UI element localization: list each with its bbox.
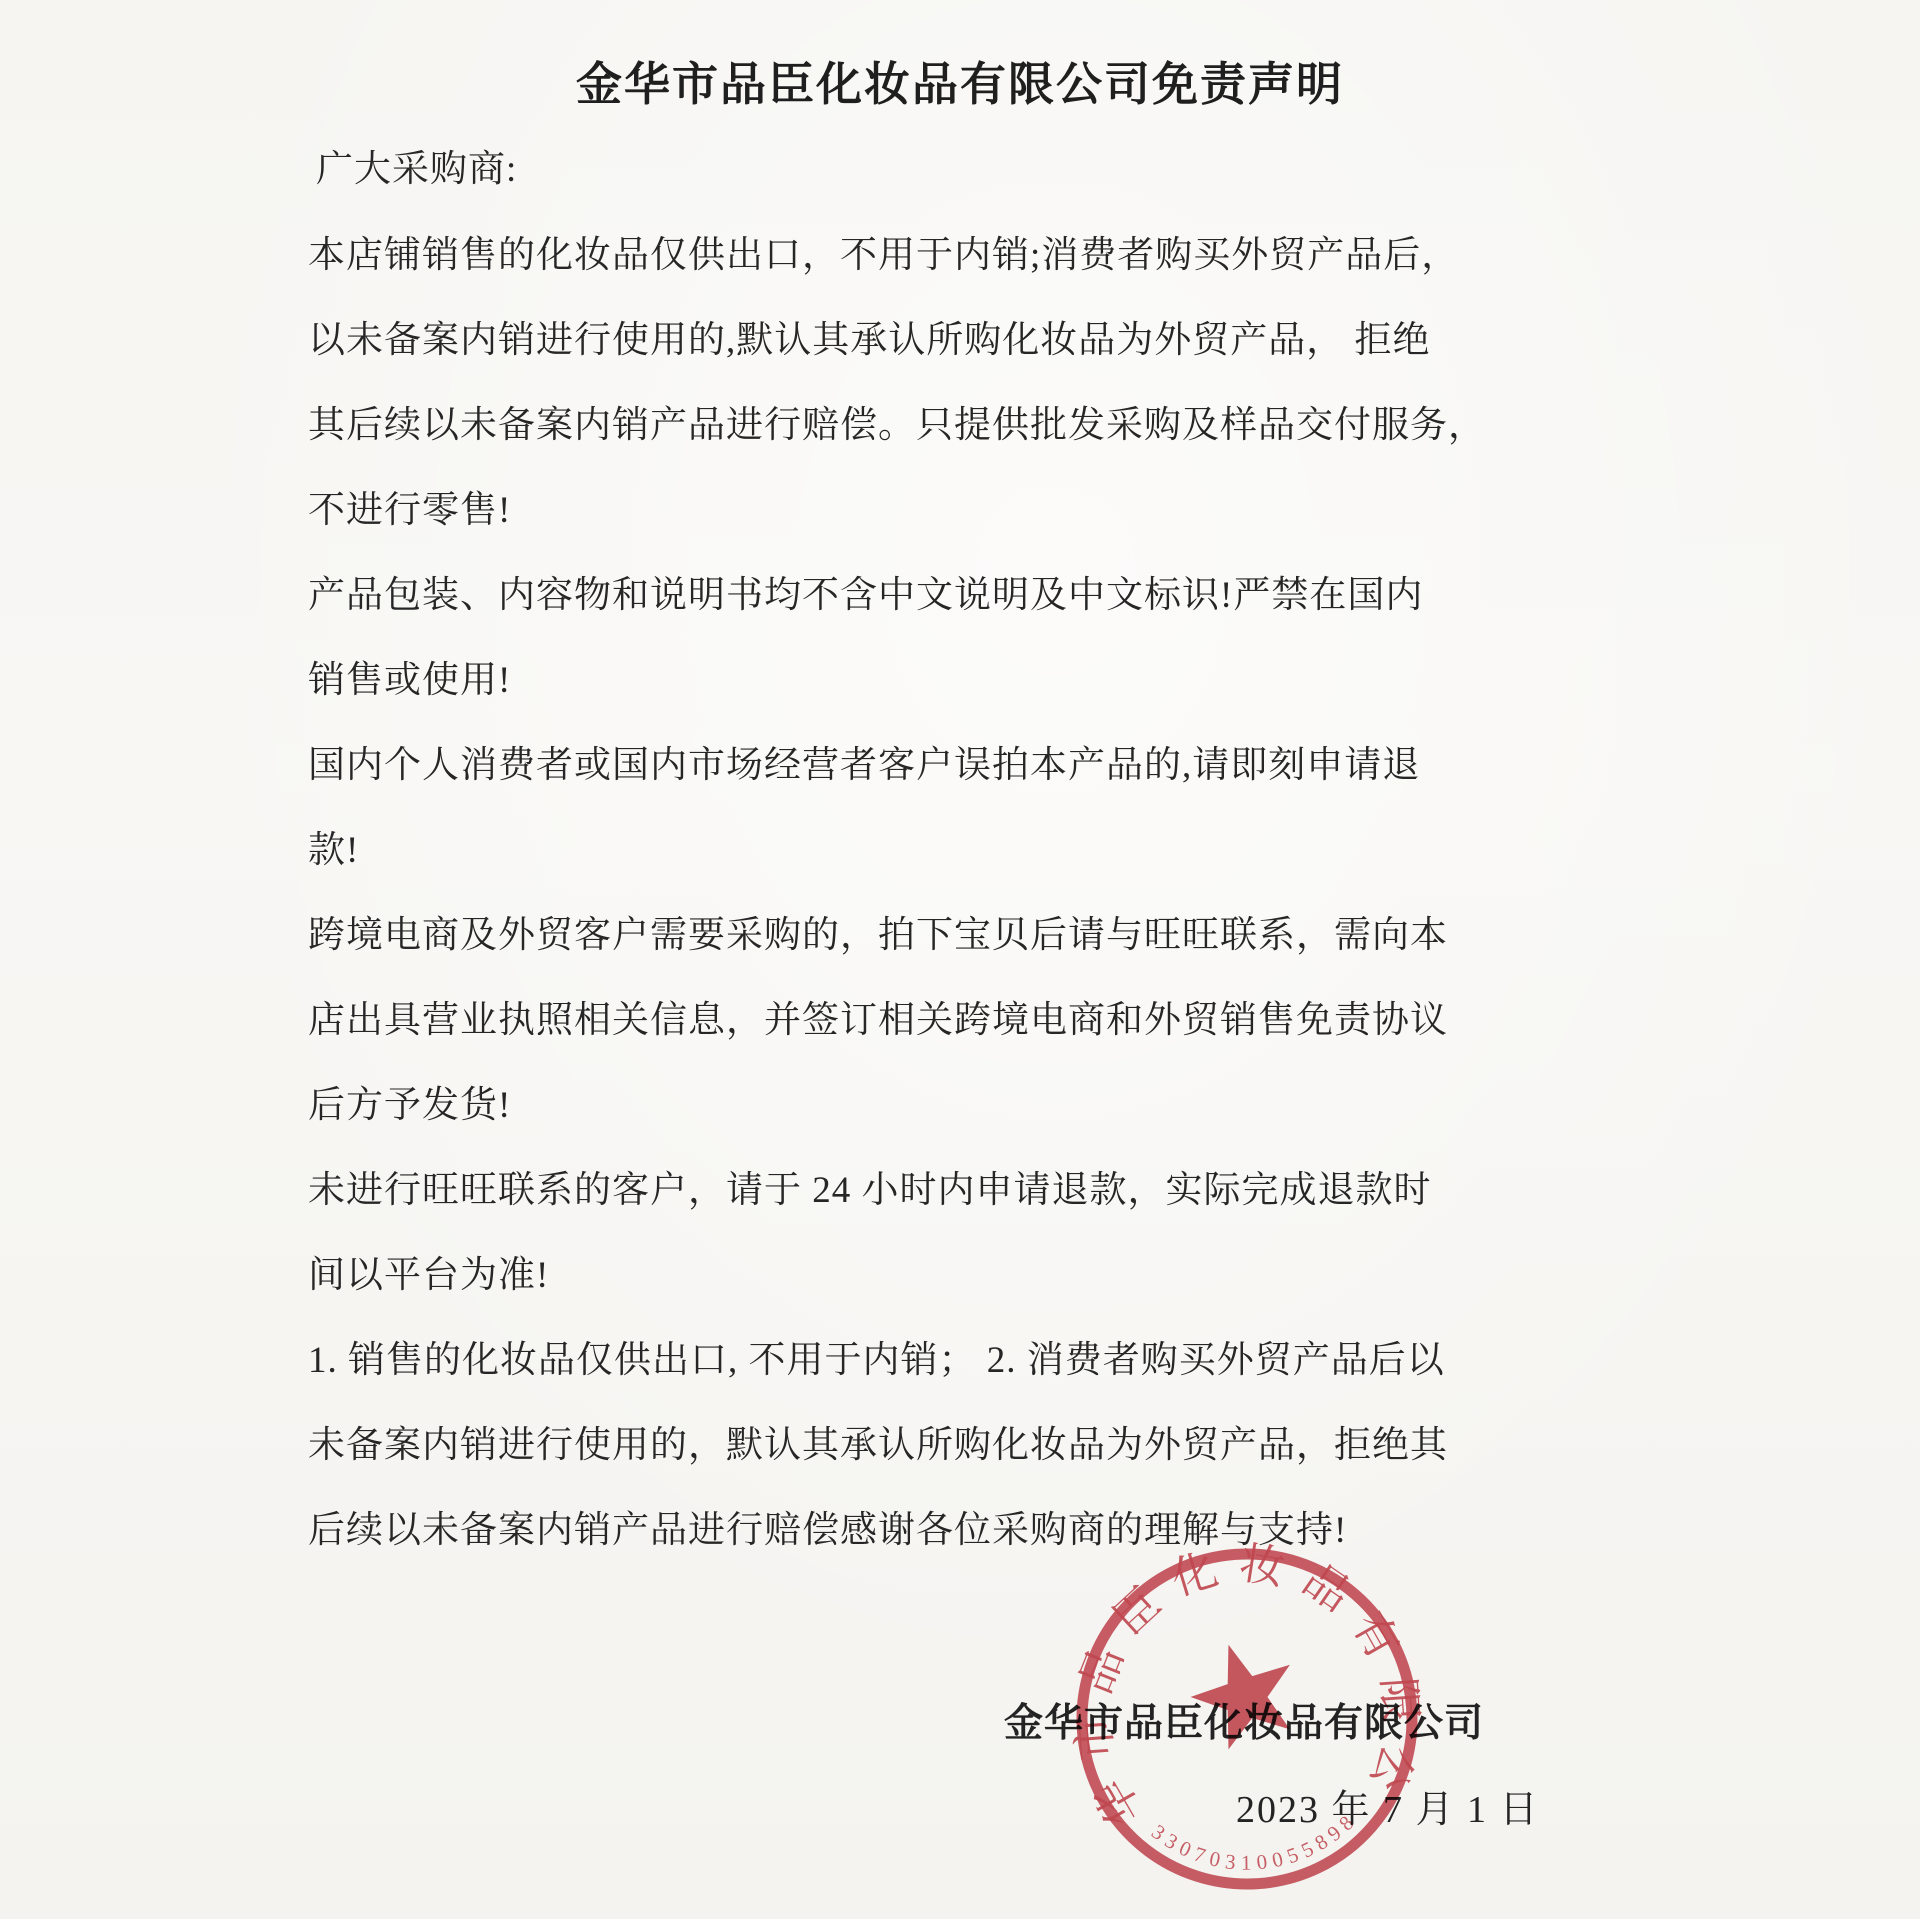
body-line: 后方予发货! [308, 1063, 1508, 1148]
body-line: 1. 销售的化妆品仅供出口, 不用于内销； 2. 消费者购买外贸产品后以 [308, 1318, 1508, 1403]
body-line: 不进行零售! [308, 468, 1508, 553]
body-line: 未进行旺旺联系的客户，请于 24 小时内申请退款，实际完成退款时 [308, 1148, 1508, 1233]
document-title: 金华市品臣化妆品有限公司免责声明 [0, 48, 1920, 114]
salutation: 广大采购商: [316, 138, 517, 192]
body-line: 款! [308, 808, 1508, 893]
body-line: 销售或使用! [308, 638, 1508, 723]
body-line: 店出具营业执照相关信息，并签订相关跨境电商和外贸销售免责协议 [308, 978, 1508, 1063]
company-seal: 金华市品臣化妆品有限公司 33070310055898 [1055, 1527, 1439, 1911]
star-icon [1179, 1629, 1309, 1756]
body-line: 本店铺销售的化妆品仅供出口，不用于内销;消费者购买外贸产品后， [308, 213, 1508, 298]
body-line: 国内个人消费者或国内市场经营者客户误拍本产品的,请即刻申请退 [308, 723, 1508, 808]
body-line: 跨境电商及外贸客户需要采购的，拍下宝贝后请与旺旺联系，需向本 [308, 893, 1508, 978]
body-line: 其后续以未备案内销产品进行赔偿。只提供批发采购及样品交付服务， [308, 383, 1508, 468]
body-line: 间以平台为准! [308, 1233, 1508, 1318]
document-body: 本店铺销售的化妆品仅供出口，不用于内销;消费者购买外贸产品后， 以未备案内销进行… [308, 213, 1508, 1573]
body-line: 以未备案内销进行使用的,默认其承认所购化妆品为外贸产品， 拒绝 [308, 298, 1508, 383]
body-line: 产品包装、内容物和说明书均不含中文说明及中文标识!严禁在国内 [308, 553, 1508, 638]
body-line: 未备案内销进行使用的，默认其承认所购化妆品为外贸产品，拒绝其 [308, 1403, 1508, 1488]
